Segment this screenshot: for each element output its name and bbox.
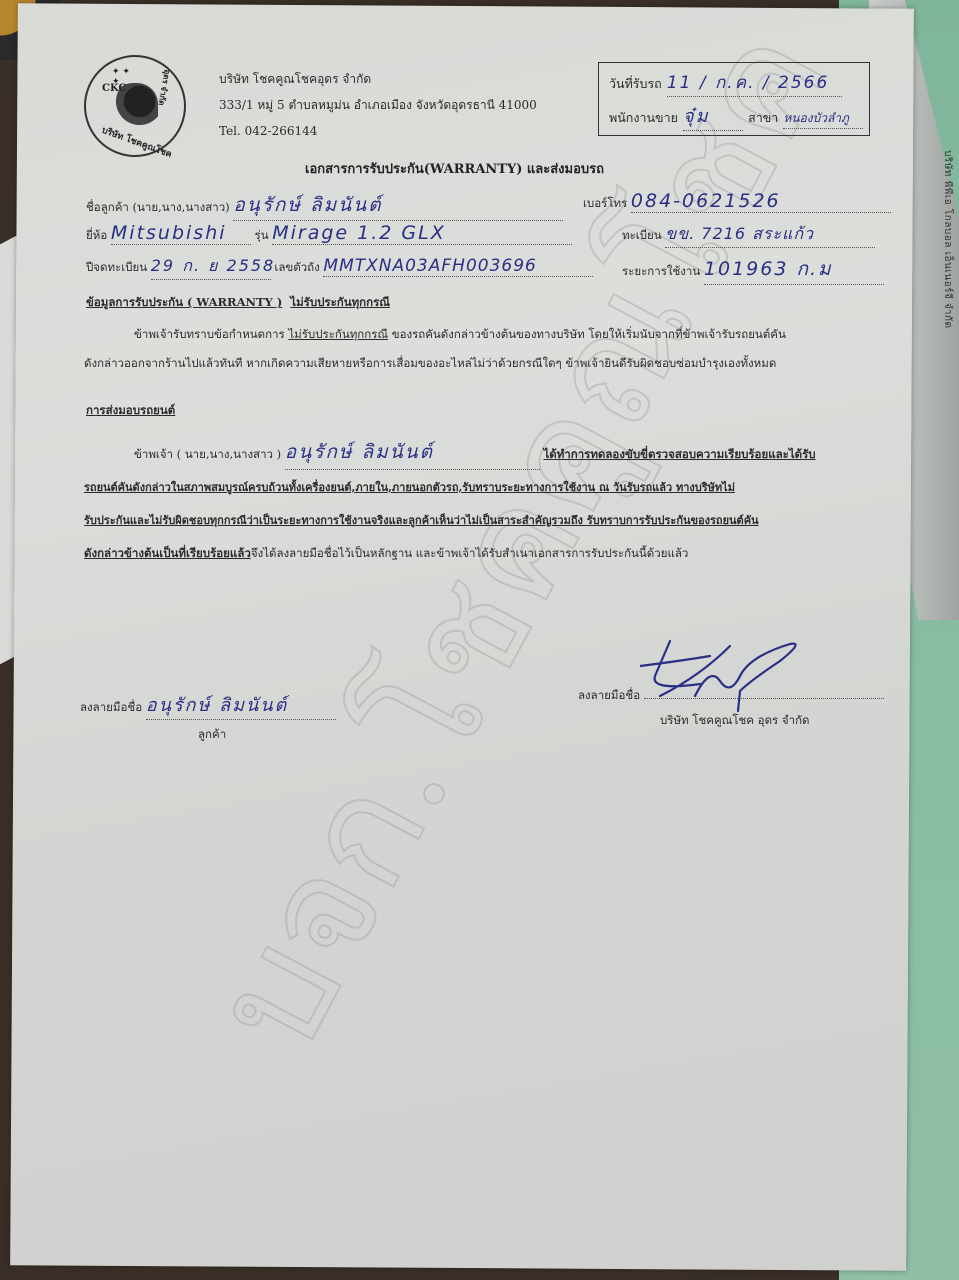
customer-role: ลูกค้า <box>198 726 226 744</box>
phone-value[interactable]: 084-0621526 <box>631 190 891 213</box>
delivery-line4-rest: จึงได้ลงลายมือชื่อไว้เป็นหลักฐาน และข้าพ… <box>251 546 689 560</box>
receipt-date-value[interactable]: 11 / ก.ค. / 2566 <box>667 69 842 97</box>
plate-label: ทะเบียน <box>622 228 662 242</box>
warranty-para-underlined: ไม่รับประกันทุกกรณี <box>288 327 388 341</box>
chassis-label: เลขตัวถัง <box>274 260 319 274</box>
company-name: บริษัท โชคคูณโชคอุดร จำกัด <box>219 66 537 92</box>
document-title: เอกสารการรับประกัน(WARRANTY) และส่งมอบรถ <box>305 158 604 179</box>
company-phone: Tel. 042-266144 <box>219 118 537 144</box>
salesperson-label: พนักงานขาย <box>609 110 678 125</box>
branch-value[interactable]: หนองบัวลำภู <box>783 109 863 129</box>
warranty-para-line2: ดังกล่าวออกจากร้านไปแล้วทันที หากเกิดควา… <box>84 349 896 378</box>
warranty-paragraph: ข้าพเจ้ารับทราบข้อกำหนดการ ไม่รับประกันท… <box>84 320 896 378</box>
delivery-line2: รถยนต์คันดังกล่าวในสภาพสมบูรณ์ครบถ้วนทั้… <box>84 471 896 504</box>
brand-value[interactable]: Mitsubishi <box>111 222 251 245</box>
company-address: 333/1 หมู่ 5 ตำบลหมูม่น อำเภอเมือง จังหว… <box>219 92 537 118</box>
side-sheet-text: บริษัท พีพีเอ โกลบอล เอ็นเนอร์จี จำกัด <box>933 150 955 350</box>
delivery-line3: รับประกันและไม่รับผิดชอบทุกกรณีว่าเป็นระ… <box>84 504 896 537</box>
receipt-date-label: วันที่รับรถ <box>609 76 662 91</box>
delivery-line4-underlined: ดังกล่าวข้างต้นเป็นที่เรียบร้อยแล้ว <box>84 546 251 560</box>
brand-label: ยี่ห้อ <box>86 228 107 242</box>
customer-signature-block: ลงลายมือชื่อ อนุรักษ์ ลิมนันต์ <box>80 690 336 720</box>
company-signature-icon <box>640 636 805 716</box>
company-logo: ✦ ✦✦ CKC บริษัท โชคคูณโชค อุดร จำกัด <box>84 55 186 157</box>
logo-ring-text-right: อุดร จำกัด <box>154 68 173 106</box>
chassis-value[interactable]: MMTXNA03AFH003696 <box>323 256 593 277</box>
delivery-prefix: ข้าพเจ้า ( นาย,นาง,นางสาว ) <box>134 447 281 461</box>
logo-text: CKC <box>102 83 126 94</box>
delivery-heading: การส่งมอบรถยนต์ <box>86 403 175 417</box>
warranty-para-prefix: ข้าพเจ้ารับทราบข้อกำหนดการ <box>134 327 285 341</box>
customer-signature[interactable]: อนุรักษ์ ลิมนันต์ <box>146 690 336 720</box>
salesperson-value[interactable]: จุ๋ม <box>683 101 743 131</box>
warranty-status: ไม่รับประกันทุกกรณี <box>290 295 390 309</box>
receipt-box: วันที่รับรถ 11 / ก.ค. / 2566 พนักงานขาย … <box>598 62 870 136</box>
customer-label: ชื่อลูกค้า (นาย,นาง,นางสาว) <box>86 200 230 214</box>
delivery-paragraph: ข้าพเจ้า ( นาย,นาง,นางสาว ) อนุรักษ์ ลิม… <box>84 436 896 570</box>
model-label: รุ่น <box>255 228 269 242</box>
company-header: บริษัท โชคคูณโชคอุดร จำกัด 333/1 หมู่ 5 … <box>219 66 537 144</box>
warranty-heading: ข้อมูลการรับประกัน ( WARRANTY ) <box>86 295 282 309</box>
customer-sign-label: ลงลายมือชื่อ <box>80 700 142 714</box>
company-sign-label: ลงลายมือชื่อ <box>578 688 640 702</box>
delivery-name[interactable]: อนุรักษ์ ลิมนันต์ <box>285 436 540 470</box>
model-value[interactable]: Mirage 1.2 GLX <box>272 222 572 245</box>
phone-label: เบอร์โทร <box>583 196 627 210</box>
customer-value[interactable]: อนุรักษ์ ลิมนันต์ <box>233 190 563 221</box>
plate-value[interactable]: ขข. 7216 สระแก้ว <box>665 222 875 248</box>
branch-label: สาขา <box>748 110 778 125</box>
delivery-line1-rest: ได้ทำการทดลองขับขี่ตรวจสอบความเรียบร้อยแ… <box>543 447 815 461</box>
company-role: บริษัท โชคคูณโชค อุดร จำกัด <box>660 712 810 730</box>
mileage-value[interactable]: 101963 ก.ม <box>704 254 884 285</box>
reg-year-label: ปีจดทะเบียน <box>86 260 147 274</box>
mileage-label: ระยะการใช้งาน <box>622 264 700 278</box>
warranty-para-rest: ของรถคันดังกล่าวข้างต้นของทางบริษัท โดยใ… <box>392 327 786 341</box>
reg-year-value[interactable]: 29 ก. ย 2558 <box>151 254 271 280</box>
